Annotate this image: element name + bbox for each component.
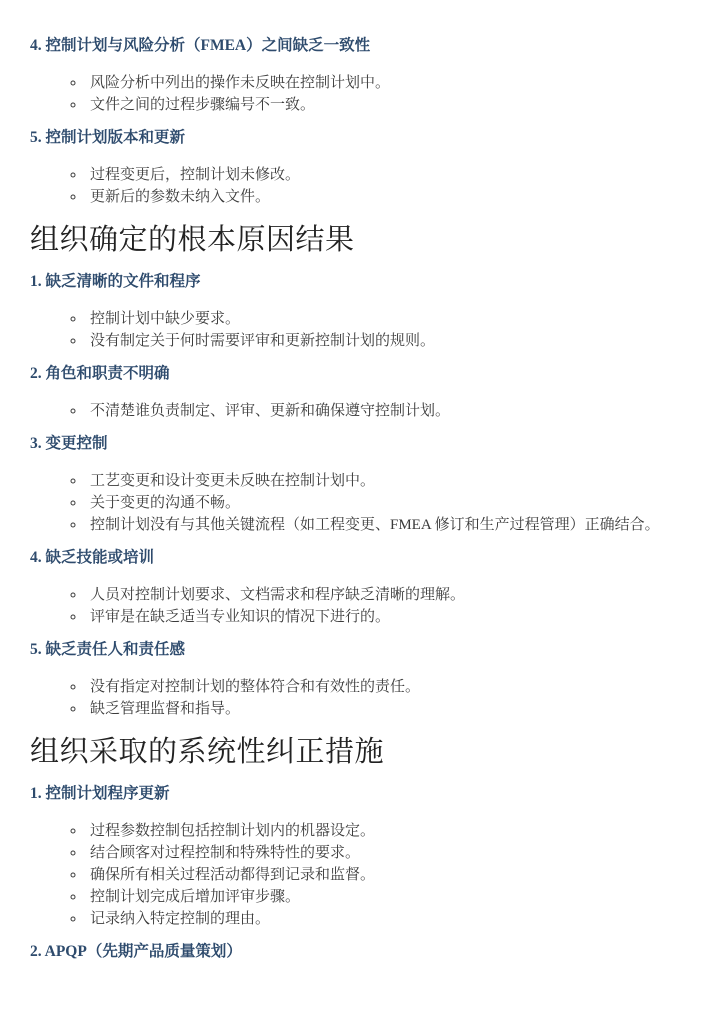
subheading-fmea-consistency: 4. 控制计划与风险分析（FMEA）之间缺乏一致性 bbox=[30, 36, 693, 56]
list-item: 更新后的参数未纳入文件。 bbox=[86, 186, 693, 208]
list-item: 控制计划完成后增加评审步骤。 bbox=[86, 886, 693, 908]
list-item: 没有制定关于何时需要评审和更新控制计划的规则。 bbox=[86, 330, 693, 352]
list-item: 过程变更后，控制计划未修改。 bbox=[86, 164, 693, 186]
list-item: 控制计划中缺少要求。 bbox=[86, 308, 693, 330]
list-item: 不清楚谁负责制定、评审、更新和确保遵守控制计划。 bbox=[86, 400, 693, 422]
section-title-root-causes: 组织确定的根本原因结果 bbox=[30, 220, 693, 260]
subheading-skills-training: 4. 缺乏技能或培训 bbox=[30, 548, 693, 568]
subheading-procedure-update: 1. 控制计划程序更新 bbox=[30, 784, 693, 804]
bullet-list: 没有指定对控制计划的整体符合和有效性的责任。 缺乏管理监督和指导。 bbox=[30, 676, 693, 720]
list-item: 工艺变更和设计变更未反映在控制计划中。 bbox=[86, 470, 693, 492]
list-item: 结合顾客对过程控制和特殊特性的要求。 bbox=[86, 842, 693, 864]
bullet-list: 控制计划中缺少要求。 没有制定关于何时需要评审和更新控制计划的规则。 bbox=[30, 308, 693, 352]
list-item: 没有指定对控制计划的整体符合和有效性的责任。 bbox=[86, 676, 693, 698]
subheading-accountability: 5. 缺乏责任人和责任感 bbox=[30, 640, 693, 660]
bullet-list: 人员对控制计划要求、文档需求和程序缺乏清晰的理解。 评审是在缺乏适当专业知识的情… bbox=[30, 584, 693, 628]
list-item: 风险分析中列出的操作未反映在控制计划中。 bbox=[86, 72, 693, 94]
list-item: 人员对控制计划要求、文档需求和程序缺乏清晰的理解。 bbox=[86, 584, 693, 606]
list-item: 评审是在缺乏适当专业知识的情况下进行的。 bbox=[86, 606, 693, 628]
bullet-list: 过程变更后，控制计划未修改。 更新后的参数未纳入文件。 bbox=[30, 164, 693, 208]
subheading-lack-documentation: 1. 缺乏清晰的文件和程序 bbox=[30, 272, 693, 292]
bullet-list: 不清楚谁负责制定、评审、更新和确保遵守控制计划。 bbox=[30, 400, 693, 422]
subheading-roles-unclear: 2. 角色和职责不明确 bbox=[30, 364, 693, 384]
list-item: 确保所有相关过程活动都得到记录和监督。 bbox=[86, 864, 693, 886]
list-item: 关于变更的沟通不畅。 bbox=[86, 492, 693, 514]
subheading-version-update: 5. 控制计划版本和更新 bbox=[30, 128, 693, 148]
list-item: 过程参数控制包括控制计划内的机器设定。 bbox=[86, 820, 693, 842]
list-item: 缺乏管理监督和指导。 bbox=[86, 698, 693, 720]
bullet-list: 风险分析中列出的操作未反映在控制计划中。 文件之间的过程步骤编号不一致。 bbox=[30, 72, 693, 116]
bullet-list: 工艺变更和设计变更未反映在控制计划中。 关于变更的沟通不畅。 控制计划没有与其他… bbox=[30, 470, 693, 536]
subheading-apqp: 2. APQP（先期产品质量策划） bbox=[30, 942, 693, 962]
list-item: 控制计划没有与其他关键流程（如工程变更、FMEA 修订和生产过程管理）正确结合。 bbox=[86, 514, 693, 536]
bullet-list: 过程参数控制包括控制计划内的机器设定。 结合顾客对过程控制和特殊特性的要求。 确… bbox=[30, 820, 693, 930]
section-title-corrective-actions: 组织采取的系统性纠正措施 bbox=[30, 732, 693, 772]
list-item: 文件之间的过程步骤编号不一致。 bbox=[86, 94, 693, 116]
document-page: 4. 控制计划与风险分析（FMEA）之间缺乏一致性 风险分析中列出的操作未反映在… bbox=[0, 0, 725, 1024]
list-item: 记录纳入特定控制的理由。 bbox=[86, 908, 693, 930]
subheading-change-control: 3. 变更控制 bbox=[30, 434, 693, 454]
